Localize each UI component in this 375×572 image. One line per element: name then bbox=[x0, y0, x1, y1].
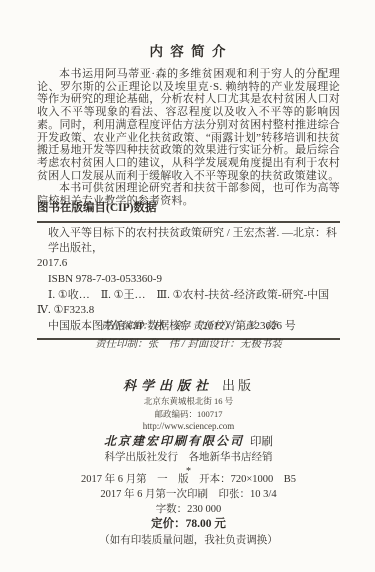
publisher-address: 北京东黄城根北街 16 号 bbox=[37, 395, 340, 407]
quality-note: （如有印装质量问题，我社负责调换） bbox=[37, 533, 340, 548]
publisher-name: 科学出版社 bbox=[123, 378, 213, 393]
publisher-website: http://www.sciencep.com bbox=[37, 420, 340, 433]
credits-line-printing: 责任印制：张 伟 / 封面设计：无极书装 bbox=[37, 336, 340, 354]
distribution-line: 科学出版社发行 各地新华书店经销 bbox=[37, 450, 340, 465]
edition-line: 2017 年 6 月第 一 版 开本：720×1000 B5 bbox=[37, 472, 340, 487]
printer-suffix: 印刷 bbox=[250, 436, 273, 448]
cip-year-line: 2017.6 bbox=[37, 256, 340, 271]
publisher-line: 科学出版社出版 bbox=[37, 377, 340, 394]
cip-title-line: 收入平等目标下的农村扶贫政策研究 / 王宏杰著. —北京：科学出版社， bbox=[37, 226, 340, 256]
word-count-line: 字数：230 000 bbox=[37, 502, 340, 517]
cip-classification-line-2: Ⅳ. ①F323.8 bbox=[37, 303, 340, 318]
print-info-block: 2017 年 6 月第 一 版 开本：720×1000 B5 2017 年 6 … bbox=[37, 472, 340, 548]
summary-paragraph-1: 本书运用阿马蒂亚·森的多维贫困观和利于穷人的分配理论、罗尔斯的公正理论以及埃里克… bbox=[37, 68, 340, 182]
printer-line: 北京建宏印刷有限公司印刷 bbox=[37, 434, 340, 450]
editorial-credits: 责任编辑：林 剑 / 责任校对：彭 涛 责任印制：张 伟 / 封面设计：无极书装 bbox=[37, 318, 340, 354]
publisher-colophon: 科学出版社出版 北京东黄城根北街 16 号 邮政编码：100717 http:/… bbox=[37, 377, 340, 477]
price-line: 定价：78.00 元 bbox=[37, 517, 340, 532]
cip-isbn: ISBN 978-7-03-053360-9 bbox=[37, 272, 340, 287]
printer-name: 北京建宏印刷有限公司 bbox=[104, 434, 244, 448]
credits-line-editor: 责任编辑：林 剑 / 责任校对：彭 涛 bbox=[37, 318, 340, 336]
content-summary-section: 内 容 简 介 本书运用阿马蒂亚·森的多维贫困观和利于穷人的分配理论、罗尔斯的公… bbox=[37, 40, 340, 208]
cip-heading: 图书在版编目(CIP)数据 bbox=[37, 199, 340, 215]
cip-classification-line-1: Ⅰ. ①收… Ⅱ. ①王… Ⅲ. ①农村-扶贫-经济政策-研究-中国 bbox=[37, 288, 340, 303]
publisher-postcode: 邮政编码：100717 bbox=[37, 408, 340, 420]
content-summary-title: 内 容 简 介 bbox=[37, 40, 340, 60]
publisher-suffix: 出版 bbox=[222, 378, 254, 393]
impression-line: 2017 年 6 月第一次印刷 印张：10 3/4 bbox=[37, 487, 340, 502]
